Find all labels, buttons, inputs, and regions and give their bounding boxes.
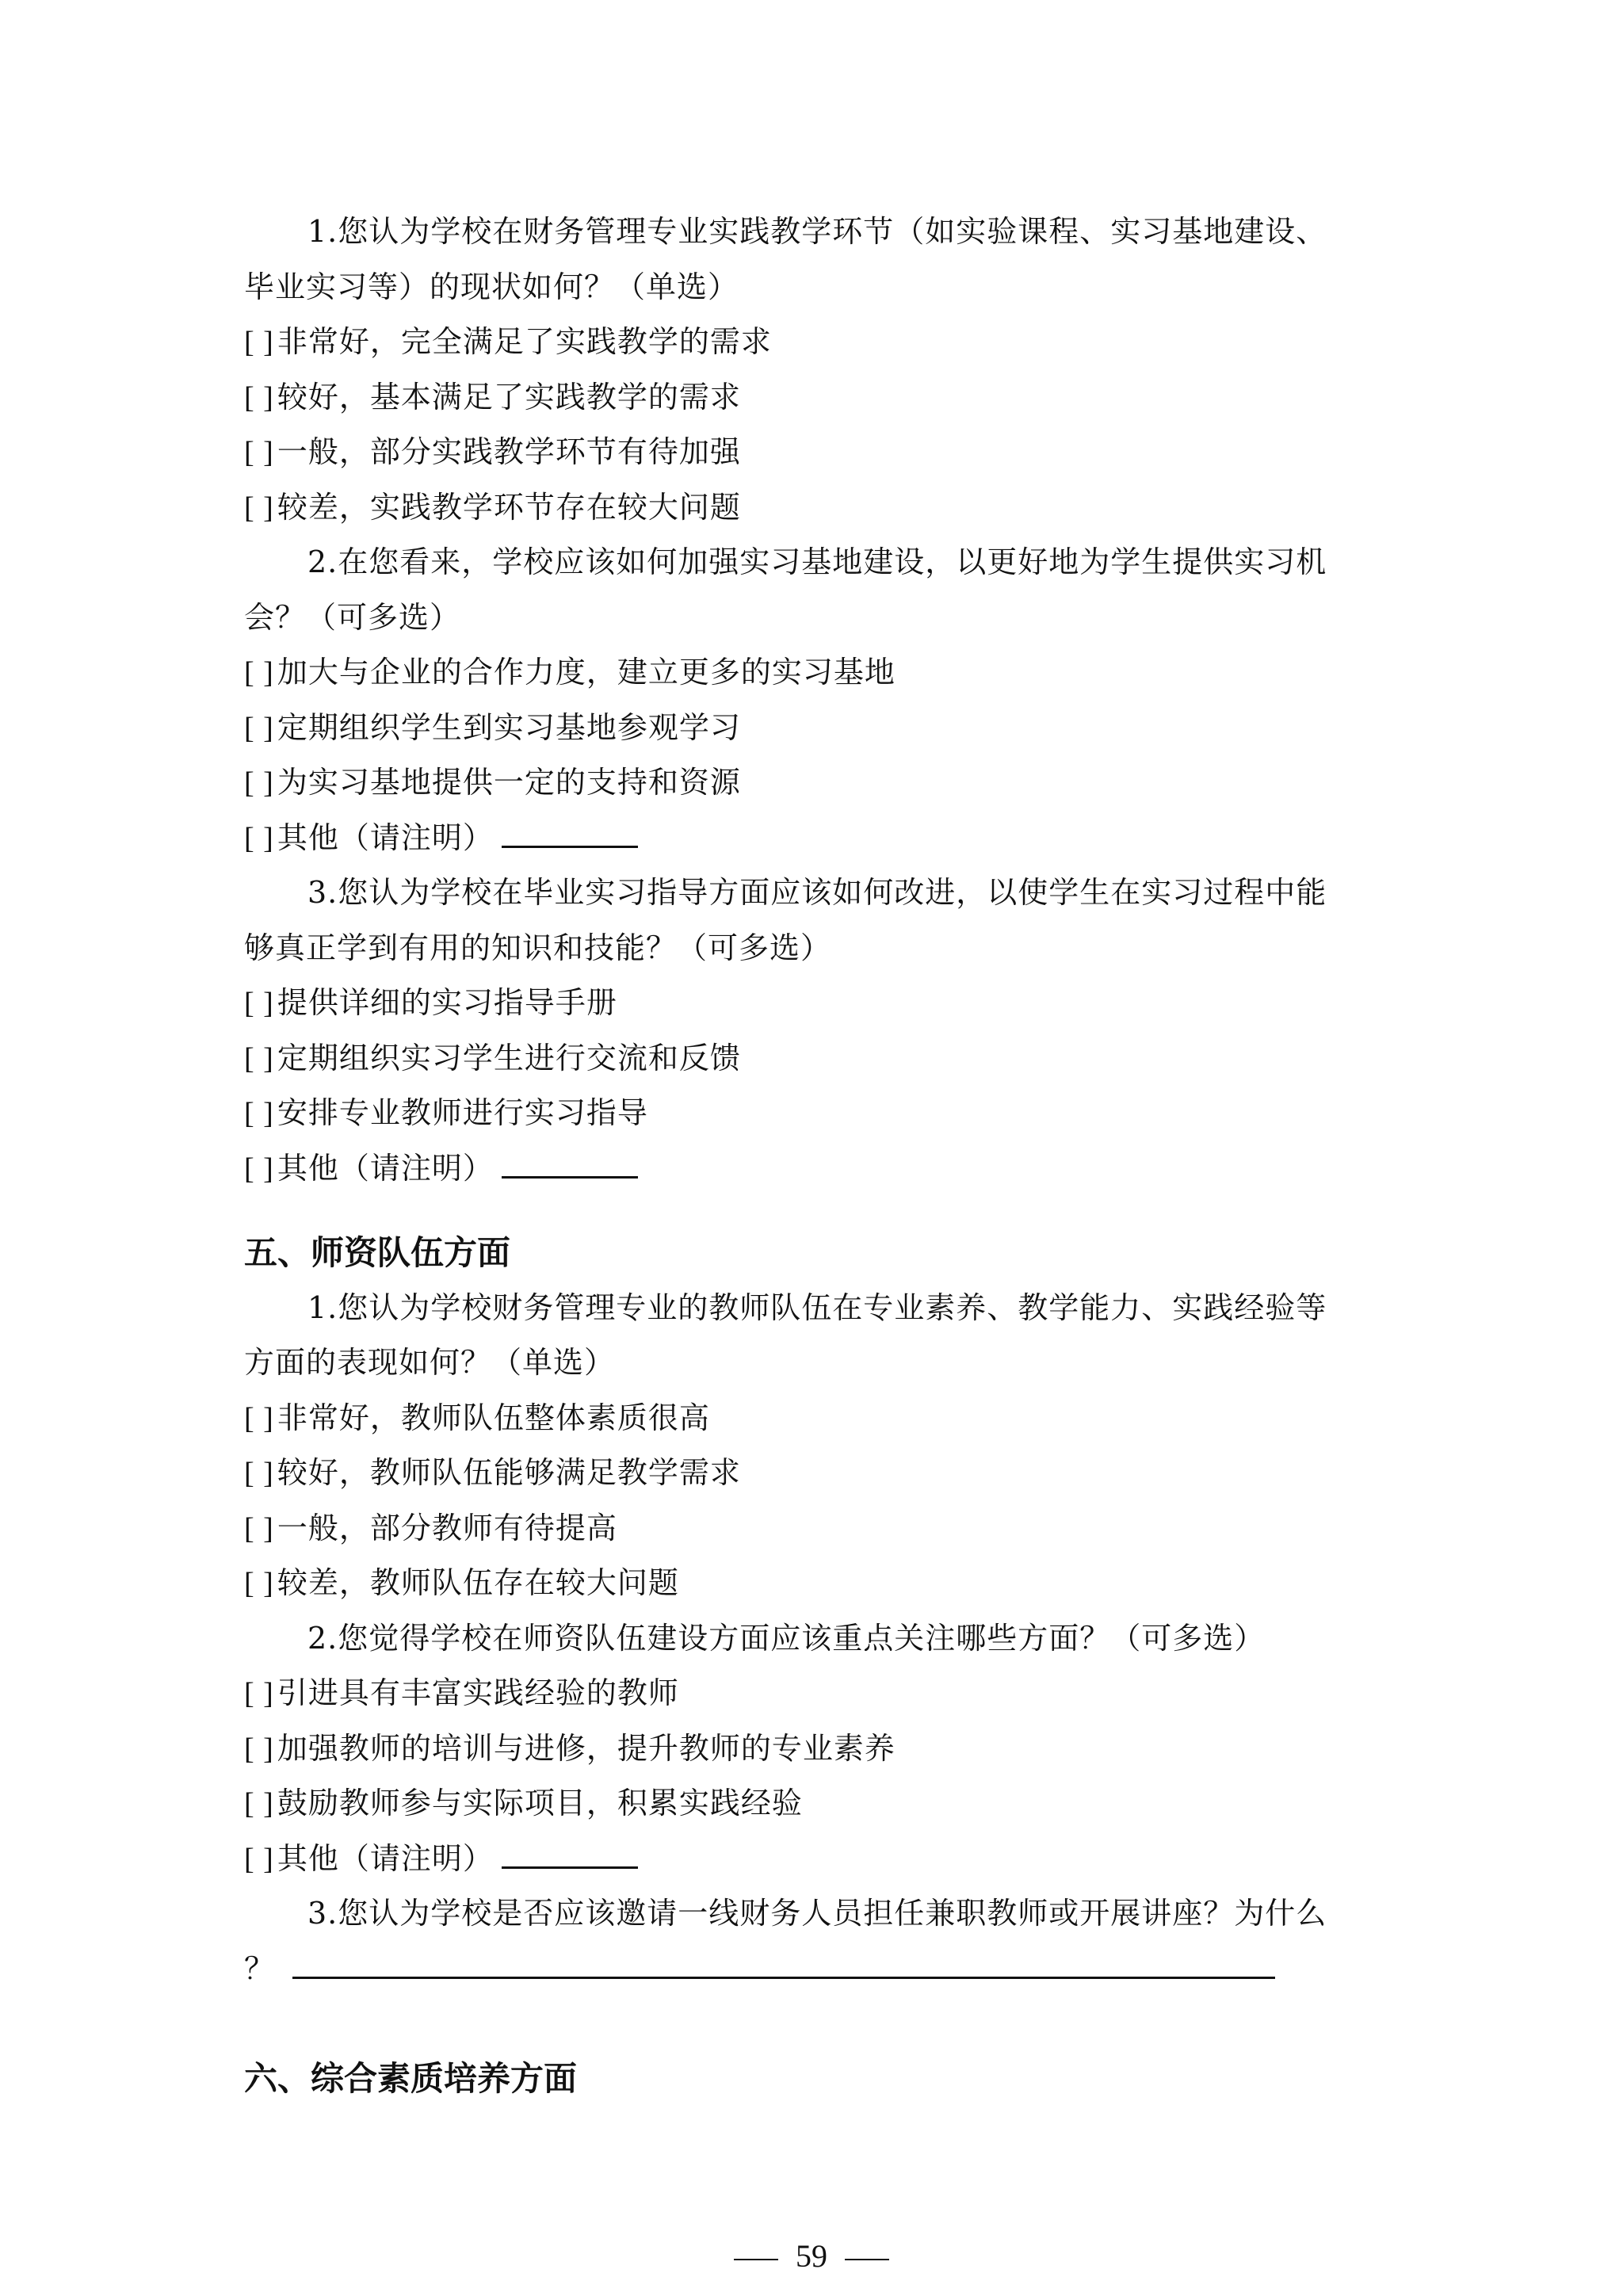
option-item[interactable]: [ ]定期组织学生到实习基地参观学习 bbox=[244, 701, 1393, 756]
spacer bbox=[244, 1196, 1393, 1225]
question-text: 2.在您看来，学校应该如何加强实习基地建设，以更好地为学生提供实习机 bbox=[244, 535, 1393, 590]
option-label: 较差，教师队伍存在较大问题 bbox=[277, 1565, 679, 1600]
option-label: 其他（请注明） bbox=[277, 1841, 494, 1876]
question-text-line2: 会？（可多选） bbox=[244, 590, 1393, 646]
faculty-question-1: 1.您认为学校财务管理专业的教师队伍在专业素养、教学能力、实践经验等 方面的表现… bbox=[244, 1281, 1393, 1611]
checkbox[interactable]: [ ] bbox=[244, 987, 274, 1020]
checkbox[interactable]: [ ] bbox=[244, 1457, 274, 1490]
option-label: 非常好，完全满足了实践教学的需求 bbox=[277, 324, 772, 359]
option-label: 定期组织实习学生进行交流和反馈 bbox=[277, 1041, 741, 1075]
checkbox[interactable]: [ ] bbox=[244, 822, 274, 855]
option-item[interactable]: [ ]较差，实践教学环节存在较大问题 bbox=[244, 480, 1393, 536]
checkbox[interactable]: [ ] bbox=[244, 1677, 274, 1710]
checkbox[interactable]: [ ] bbox=[244, 1787, 274, 1820]
question-number: 1. bbox=[307, 214, 338, 249]
question-number: 3. bbox=[307, 1896, 338, 1931]
faculty-question-2: 2.您觉得学校在师资队伍建设方面应该重点关注哪些方面？（可多选） [ ]引进具有… bbox=[244, 1611, 1393, 1887]
option-label: 鼓励教师参与实际项目，积累实践经验 bbox=[277, 1786, 803, 1820]
footer-dash-left bbox=[734, 2259, 778, 2260]
option-item-other[interactable]: [ ]其他（请注明） bbox=[244, 1141, 1393, 1197]
question-text-line1: 您认为学校在财务管理专业实践教学环节（如实验课程、实习基地建设、 bbox=[338, 214, 1327, 249]
option-item[interactable]: [ ]为实习基地提供一定的支持和资源 bbox=[244, 755, 1393, 811]
option-label: 提供详细的实习指导手册 bbox=[277, 985, 617, 1020]
checkbox[interactable]: [ ] bbox=[244, 381, 274, 415]
checkbox[interactable]: [ ] bbox=[244, 1097, 274, 1130]
option-label: 引进具有丰富实践经验的教师 bbox=[277, 1675, 679, 1710]
checkbox[interactable]: [ ] bbox=[244, 656, 274, 690]
option-label: 加强教师的培训与进修，提升教师的专业素养 bbox=[277, 1731, 896, 1766]
footer-dash-right bbox=[845, 2259, 889, 2260]
question-text: 1.您认为学校财务管理专业的教师队伍在专业素养、教学能力、实践经验等 bbox=[244, 1281, 1393, 1336]
spacer bbox=[244, 1996, 1393, 2051]
page-footer: 59 bbox=[0, 2237, 1623, 2276]
question-text: 3.您认为学校是否应该邀请一线财务人员担任兼职教师或开展讲座？为什么 bbox=[244, 1886, 1393, 1942]
option-item-other[interactable]: [ ]其他（请注明） bbox=[244, 1832, 1393, 1887]
fill-in-blank[interactable] bbox=[502, 1151, 638, 1179]
checkbox[interactable]: [ ] bbox=[244, 1843, 274, 1876]
option-label: 定期组织学生到实习基地参观学习 bbox=[277, 710, 741, 745]
checkbox[interactable]: [ ] bbox=[244, 1152, 274, 1186]
option-item[interactable]: [ ]加强教师的培训与进修，提升教师的专业素养 bbox=[244, 1721, 1393, 1777]
checkbox[interactable]: [ ] bbox=[244, 712, 274, 745]
option-label: 其他（请注明） bbox=[277, 1151, 494, 1186]
option-label: 安排专业教师进行实习指导 bbox=[277, 1095, 648, 1130]
checkbox[interactable]: [ ] bbox=[244, 1733, 274, 1766]
checkbox[interactable]: [ ] bbox=[244, 1402, 274, 1435]
question-number: 2. bbox=[307, 544, 338, 579]
question-number: 3. bbox=[307, 875, 338, 910]
checkbox[interactable]: [ ] bbox=[244, 1042, 274, 1075]
checkbox[interactable]: [ ] bbox=[244, 491, 274, 525]
option-item[interactable]: [ ]一般，部分教师有待提高 bbox=[244, 1501, 1393, 1557]
question-text-line1: 在您看来，学校应该如何加强实习基地建设，以更好地为学生提供实习机 bbox=[338, 544, 1327, 579]
question-text-line1: 您认为学校财务管理专业的教师队伍在专业素养、教学能力、实践经验等 bbox=[338, 1290, 1327, 1325]
question-text: 3.您认为学校在毕业实习指导方面应该如何改进，以使学生在实习过程中能 bbox=[244, 865, 1393, 921]
option-label: 较差，实践教学环节存在较大问题 bbox=[277, 490, 741, 525]
option-label: 非常好，教师队伍整体素质很高 bbox=[277, 1400, 710, 1435]
question-number: 2. bbox=[307, 1621, 338, 1656]
fill-in-blank[interactable] bbox=[502, 1841, 638, 1869]
option-item[interactable]: [ ]非常好，完全满足了实践教学的需求 bbox=[244, 315, 1393, 370]
option-item[interactable]: [ ]较好，教师队伍能够满足教学需求 bbox=[244, 1446, 1393, 1501]
option-item[interactable]: [ ]提供详细的实习指导手册 bbox=[244, 976, 1393, 1031]
question-text-line2: 够真正学到有用的知识和技能？（可多选） bbox=[244, 921, 1393, 976]
checkbox[interactable]: [ ] bbox=[244, 1512, 274, 1545]
checkbox[interactable]: [ ] bbox=[244, 436, 274, 469]
faculty-question-3: 3.您认为学校是否应该邀请一线财务人员担任兼职教师或开展讲座？为什么 ？ bbox=[244, 1886, 1393, 1996]
option-label: 为实习基地提供一定的支持和资源 bbox=[277, 765, 741, 800]
option-item[interactable]: [ ]较好，基本满足了实践教学的需求 bbox=[244, 370, 1393, 426]
practice-question-3: 3.您认为学校在毕业实习指导方面应该如何改进，以使学生在实习过程中能 够真正学到… bbox=[244, 865, 1393, 1196]
option-item[interactable]: [ ]加大与企业的合作力度，建立更多的实习基地 bbox=[244, 645, 1393, 701]
question-text: 2.您觉得学校在师资队伍建设方面应该重点关注哪些方面？（可多选） bbox=[244, 1611, 1393, 1667]
document-page: 1.您认为学校在财务管理专业实践教学环节（如实验课程、实习基地建设、 毕业实习等… bbox=[244, 204, 1393, 2107]
checkbox[interactable]: [ ] bbox=[244, 1567, 274, 1600]
option-item[interactable]: [ ]较差，教师队伍存在较大问题 bbox=[244, 1556, 1393, 1611]
question-text-line1: 您认为学校是否应该邀请一线财务人员担任兼职教师或开展讲座？为什么 bbox=[338, 1896, 1327, 1931]
practice-question-1: 1.您认为学校在财务管理专业实践教学环节（如实验课程、实习基地建设、 毕业实习等… bbox=[244, 204, 1393, 535]
section-heading-comprehensive-quality: 六、综合素质培养方面 bbox=[244, 2051, 1393, 2107]
option-item-other[interactable]: [ ]其他（请注明） bbox=[244, 811, 1393, 866]
option-item[interactable]: [ ]非常好，教师队伍整体素质很高 bbox=[244, 1391, 1393, 1446]
question-text: 1.您认为学校在财务管理专业实践教学环节（如实验课程、实习基地建设、 bbox=[244, 204, 1393, 260]
question-number: 1. bbox=[307, 1290, 338, 1325]
option-label: 较好，基本满足了实践教学的需求 bbox=[277, 380, 741, 415]
page-number: 59 bbox=[796, 2238, 827, 2274]
fill-in-blank[interactable] bbox=[502, 820, 638, 848]
option-item[interactable]: [ ]引进具有丰富实践经验的教师 bbox=[244, 1666, 1393, 1721]
question-text-line1: 您认为学校在毕业实习指导方面应该如何改进，以使学生在实习过程中能 bbox=[338, 875, 1327, 910]
question-text-line2: 方面的表现如何？（单选） bbox=[244, 1335, 1393, 1391]
option-label: 一般，部分教师有待提高 bbox=[277, 1511, 617, 1545]
checkbox[interactable]: [ ] bbox=[244, 766, 274, 800]
option-item[interactable]: [ ]安排专业教师进行实习指导 bbox=[244, 1086, 1393, 1141]
option-label: 较好，教师队伍能够满足教学需求 bbox=[277, 1455, 741, 1490]
practice-question-2: 2.在您看来，学校应该如何加强实习基地建设，以更好地为学生提供实习机 会？（可多… bbox=[244, 535, 1393, 865]
question-text-line1: 您觉得学校在师资队伍建设方面应该重点关注哪些方面？（可多选） bbox=[338, 1621, 1265, 1656]
question-mark: ？ bbox=[244, 1951, 275, 1986]
question-text-line2: 毕业实习等）的现状如何？（单选） bbox=[244, 260, 1393, 315]
question-text-line2: ？ bbox=[244, 1942, 1393, 1997]
option-label: 一般，部分实践教学环节有待加强 bbox=[277, 434, 741, 469]
option-label: 加大与企业的合作力度，建立更多的实习基地 bbox=[277, 655, 896, 690]
section-heading-faculty: 五、师资队伍方面 bbox=[244, 1225, 1393, 1281]
option-label: 其他（请注明） bbox=[277, 820, 494, 855]
option-item[interactable]: [ ]一般，部分实践教学环节有待加强 bbox=[244, 425, 1393, 480]
answer-blank[interactable] bbox=[292, 1948, 1275, 1979]
option-item[interactable]: [ ]鼓励教师参与实际项目，积累实践经验 bbox=[244, 1776, 1393, 1832]
checkbox[interactable]: [ ] bbox=[244, 326, 274, 359]
option-item[interactable]: [ ]定期组织实习学生进行交流和反馈 bbox=[244, 1031, 1393, 1087]
